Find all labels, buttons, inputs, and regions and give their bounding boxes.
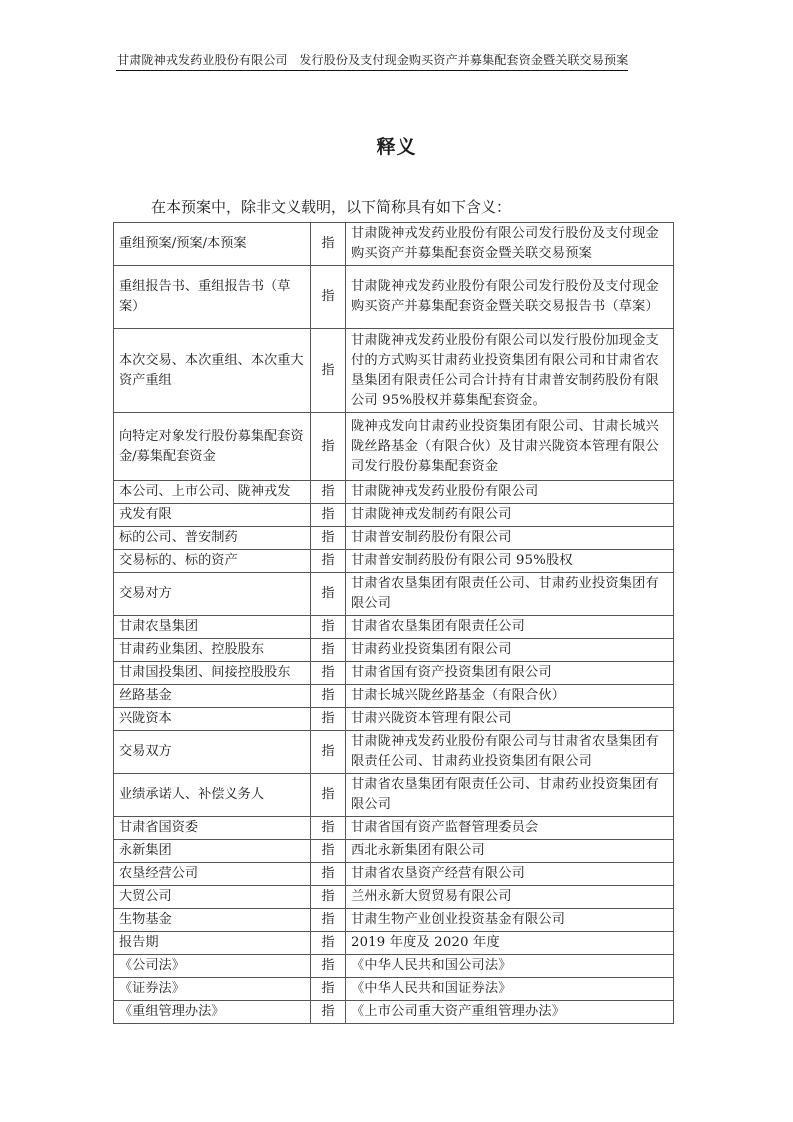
definition-meaning: 甘肃普安制药股份有限公司 95%股权 bbox=[346, 550, 674, 573]
definition-row: 甘肃农垦集团指甘肃省农垦集团有限责任公司 bbox=[114, 616, 674, 639]
definition-meaning: 甘肃省国有资产监督管理委员会 bbox=[346, 817, 674, 840]
definition-refers: 指 bbox=[311, 481, 346, 504]
definition-meaning: 甘肃兴陇资本管理有限公司 bbox=[346, 708, 674, 731]
definition-refers: 指 bbox=[311, 863, 346, 886]
definition-refers: 指 bbox=[311, 909, 346, 932]
definition-refers: 指 bbox=[311, 817, 346, 840]
definition-meaning: 甘肃省农垦集团有限责任公司、甘肃药业投资集团有限公司 bbox=[346, 573, 674, 616]
definition-row: 业绩承诺人、补偿义务人指甘肃省农垦集团有限责任公司、甘肃药业投资集团有限公司 bbox=[114, 774, 674, 817]
definition-refers: 指 bbox=[311, 731, 346, 774]
definition-refers: 指 bbox=[311, 1001, 346, 1024]
definition-row: 《重组管理办法》指《上市公司重大资产重组管理办法》 bbox=[114, 1001, 674, 1024]
definition-meaning: 《上市公司重大资产重组管理办法》 bbox=[346, 1001, 674, 1024]
definition-row: 本公司、上市公司、陇神戎发指甘肃陇神戎发药业股份有限公司 bbox=[114, 481, 674, 504]
definition-row: 甘肃省国资委指甘肃省国有资产监督管理委员会 bbox=[114, 817, 674, 840]
definition-row: 交易标的、标的资产指甘肃普安制药股份有限公司 95%股权 bbox=[114, 550, 674, 573]
definition-term: 交易双方 bbox=[114, 731, 311, 774]
definition-term: 农垦经营公司 bbox=[114, 863, 311, 886]
definition-meaning: 西北永新集团有限公司 bbox=[346, 840, 674, 863]
definition-row: 《证券法》指《中华人民共和国证券法》 bbox=[114, 978, 674, 1001]
definition-term: 交易对方 bbox=[114, 573, 311, 616]
definition-refers: 指 bbox=[311, 223, 346, 266]
definition-term: 甘肃药业集团、控股股东 bbox=[114, 639, 311, 662]
definition-term: 交易标的、标的资产 bbox=[114, 550, 311, 573]
definition-refers: 指 bbox=[311, 573, 346, 616]
definition-row: 本次交易、本次重组、本次重大资产重组指甘肃陇神戎发药业股份有限公司以发行股份加现… bbox=[114, 329, 674, 413]
definition-refers: 指 bbox=[311, 955, 346, 978]
definition-refers: 指 bbox=[311, 329, 346, 413]
definition-refers: 指 bbox=[311, 616, 346, 639]
definition-refers: 指 bbox=[311, 685, 346, 708]
definition-meaning: 甘肃生物产业创业投资基金有限公司 bbox=[346, 909, 674, 932]
definition-term: 戎发有限 bbox=[114, 504, 311, 527]
definition-term: 甘肃国投集团、间接控股股东 bbox=[114, 662, 311, 685]
definition-refers: 指 bbox=[311, 978, 346, 1001]
definition-row: 兴陇资本指甘肃兴陇资本管理有限公司 bbox=[114, 708, 674, 731]
definition-term: 兴陇资本 bbox=[114, 708, 311, 731]
definition-term: 永新集团 bbox=[114, 840, 311, 863]
definition-refers: 指 bbox=[311, 639, 346, 662]
definition-meaning: 甘肃陇神戎发药业股份有限公司与甘肃省农垦集团有限责任公司、甘肃药业投资集团有限公… bbox=[346, 731, 674, 774]
definition-meaning: 甘肃省农垦集团有限责任公司 bbox=[346, 616, 674, 639]
definition-row: 交易双方指甘肃陇神戎发药业股份有限公司与甘肃省农垦集团有限责任公司、甘肃药业投资… bbox=[114, 731, 674, 774]
definition-term: 甘肃农垦集团 bbox=[114, 616, 311, 639]
definitions-table-body: 重组预案/预案/本预案指甘肃陇神戎发药业股份有限公司发行股份及支付现金购买资产并… bbox=[114, 223, 674, 1024]
definition-refers: 指 bbox=[311, 550, 346, 573]
header-rule bbox=[116, 70, 628, 71]
definition-term: 生物基金 bbox=[114, 909, 311, 932]
definition-row: 重组预案/预案/本预案指甘肃陇神戎发药业股份有限公司发行股份及支付现金购买资产并… bbox=[114, 223, 674, 266]
definition-meaning: 陇神戎发向甘肃药业投资集团有限公司、甘肃长城兴陇丝路基金（有限合伙）及甘肃兴陇资… bbox=[346, 413, 674, 481]
definition-term: 重组预案/预案/本预案 bbox=[114, 223, 311, 266]
definition-meaning: 甘肃省农垦集团有限责任公司、甘肃药业投资集团有限公司 bbox=[346, 774, 674, 817]
definition-row: 甘肃药业集团、控股股东指甘肃药业投资集团有限公司 bbox=[114, 639, 674, 662]
definition-row: 永新集团指西北永新集团有限公司 bbox=[114, 840, 674, 863]
definition-refers: 指 bbox=[311, 840, 346, 863]
section-title: 释义 bbox=[0, 132, 793, 159]
definition-meaning: 甘肃陇神戎发药业股份有限公司发行股份及支付现金购买资产并募集配套资金暨关联交易报… bbox=[346, 266, 674, 329]
definition-meaning: 甘肃药业投资集团有限公司 bbox=[346, 639, 674, 662]
intro-paragraph: 在本预案中，除非文义载明，以下简称具有如下含义： bbox=[151, 196, 511, 217]
definition-row: 丝路基金指甘肃长城兴陇丝路基金（有限合伙） bbox=[114, 685, 674, 708]
definition-meaning: 兰州永新大贸贸易有限公司 bbox=[346, 886, 674, 909]
definition-row: 《公司法》指《中华人民共和国公司法》 bbox=[114, 955, 674, 978]
definition-meaning: 甘肃省国有资产投资集团有限公司 bbox=[346, 662, 674, 685]
definition-refers: 指 bbox=[311, 266, 346, 329]
definition-refers: 指 bbox=[311, 886, 346, 909]
definition-row: 甘肃国投集团、间接控股股东指甘肃省国有资产投资集团有限公司 bbox=[114, 662, 674, 685]
header-company: 甘肃陇神戎发药业股份有限公司 bbox=[117, 53, 288, 67]
definition-meaning: 甘肃陇神戎发药业股份有限公司以发行股份加现金支付的方式购买甘肃药业投资集团有限公… bbox=[346, 329, 674, 413]
definition-meaning: 甘肃省农垦资产经营有限公司 bbox=[346, 863, 674, 886]
definitions-table: 重组预案/预案/本预案指甘肃陇神戎发药业股份有限公司发行股份及支付现金购买资产并… bbox=[113, 222, 674, 1024]
definition-refers: 指 bbox=[311, 527, 346, 550]
definition-meaning: 2019 年度及 2020 年度 bbox=[346, 932, 674, 955]
definition-meaning: 甘肃长城兴陇丝路基金（有限合伙） bbox=[346, 685, 674, 708]
definition-term: 重组报告书、重组报告书（草案） bbox=[114, 266, 311, 329]
definition-term: 本次交易、本次重组、本次重大资产重组 bbox=[114, 329, 311, 413]
definition-term: 标的公司、普安制药 bbox=[114, 527, 311, 550]
definition-row: 交易对方指甘肃省农垦集团有限责任公司、甘肃药业投资集团有限公司 bbox=[114, 573, 674, 616]
definition-row: 生物基金指甘肃生物产业创业投资基金有限公司 bbox=[114, 909, 674, 932]
definition-row: 农垦经营公司指甘肃省农垦资产经营有限公司 bbox=[114, 863, 674, 886]
definition-row: 标的公司、普安制药指甘肃普安制药股份有限公司 bbox=[114, 527, 674, 550]
definition-row: 向特定对象发行股份募集配套资金/募集配套资金指陇神戎发向甘肃药业投资集团有限公司… bbox=[114, 413, 674, 481]
definition-meaning: 《中华人民共和国公司法》 bbox=[346, 955, 674, 978]
definition-refers: 指 bbox=[311, 708, 346, 731]
definition-meaning: 甘肃陇神戎发药业股份有限公司 bbox=[346, 481, 674, 504]
definition-term: 《公司法》 bbox=[114, 955, 311, 978]
definition-term: 《证券法》 bbox=[114, 978, 311, 1001]
definition-meaning: 甘肃陇神戎发制药有限公司 bbox=[346, 504, 674, 527]
definition-meaning: 甘肃普安制药股份有限公司 bbox=[346, 527, 674, 550]
definition-refers: 指 bbox=[311, 662, 346, 685]
definition-refers: 指 bbox=[311, 504, 346, 527]
running-header: 甘肃陇神戎发药业股份有限公司 发行股份及支付现金购买资产并募集配套资金暨关联交易… bbox=[117, 51, 627, 68]
definition-refers: 指 bbox=[311, 932, 346, 955]
definition-term: 业绩承诺人、补偿义务人 bbox=[114, 774, 311, 817]
definition-term: 向特定对象发行股份募集配套资金/募集配套资金 bbox=[114, 413, 311, 481]
definition-row: 戎发有限指甘肃陇神戎发制药有限公司 bbox=[114, 504, 674, 527]
definition-row: 报告期指2019 年度及 2020 年度 bbox=[114, 932, 674, 955]
definition-term: 丝路基金 bbox=[114, 685, 311, 708]
definition-row: 大贸公司指兰州永新大贸贸易有限公司 bbox=[114, 886, 674, 909]
definition-refers: 指 bbox=[311, 774, 346, 817]
definition-meaning: 甘肃陇神戎发药业股份有限公司发行股份及支付现金购买资产并募集配套资金暨关联交易预… bbox=[346, 223, 674, 266]
definition-term: 大贸公司 bbox=[114, 886, 311, 909]
definition-term: 甘肃省国资委 bbox=[114, 817, 311, 840]
definition-meaning: 《中华人民共和国证券法》 bbox=[346, 978, 674, 1001]
definition-term: 本公司、上市公司、陇神戎发 bbox=[114, 481, 311, 504]
definition-term: 报告期 bbox=[114, 932, 311, 955]
definition-row: 重组报告书、重组报告书（草案）指甘肃陇神戎发药业股份有限公司发行股份及支付现金购… bbox=[114, 266, 674, 329]
header-document-title: 发行股份及支付现金购买资产并募集配套资金暨关联交易预案 bbox=[299, 53, 628, 67]
definition-term: 《重组管理办法》 bbox=[114, 1001, 311, 1024]
definition-refers: 指 bbox=[311, 413, 346, 481]
